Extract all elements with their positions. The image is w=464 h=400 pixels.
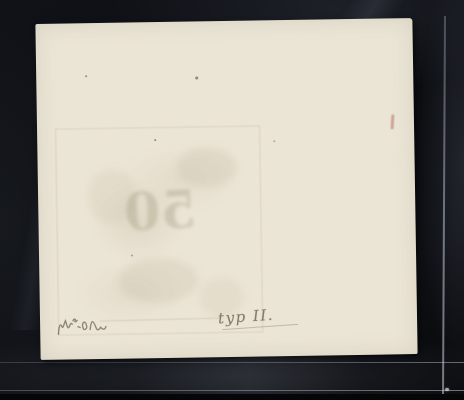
showthrough-blob <box>118 257 199 303</box>
bright-dust-speck <box>445 388 449 391</box>
dust-speck <box>154 139 156 141</box>
showthrough-value-mirrored: 50 <box>114 184 207 240</box>
dust-speck <box>85 75 87 77</box>
red-ink-mark <box>391 114 395 129</box>
dust-speck <box>195 76 198 79</box>
dust-speck <box>131 254 133 256</box>
scratch-line-horizontal-lower <box>0 390 464 391</box>
scratch-line-vertical <box>442 16 445 396</box>
showthrough-design-frame: 50 <box>55 125 263 335</box>
stamp-reverse: 50 typ II. <box>35 18 417 360</box>
backing-light-streak <box>60 355 440 395</box>
expert-signature-mark <box>51 307 110 345</box>
photo-black-backing: 50 typ II. <box>0 0 464 400</box>
dust-speck <box>273 140 275 142</box>
backing-bottom-edge <box>0 394 464 400</box>
scratch-line-horizontal-upper <box>0 362 464 363</box>
